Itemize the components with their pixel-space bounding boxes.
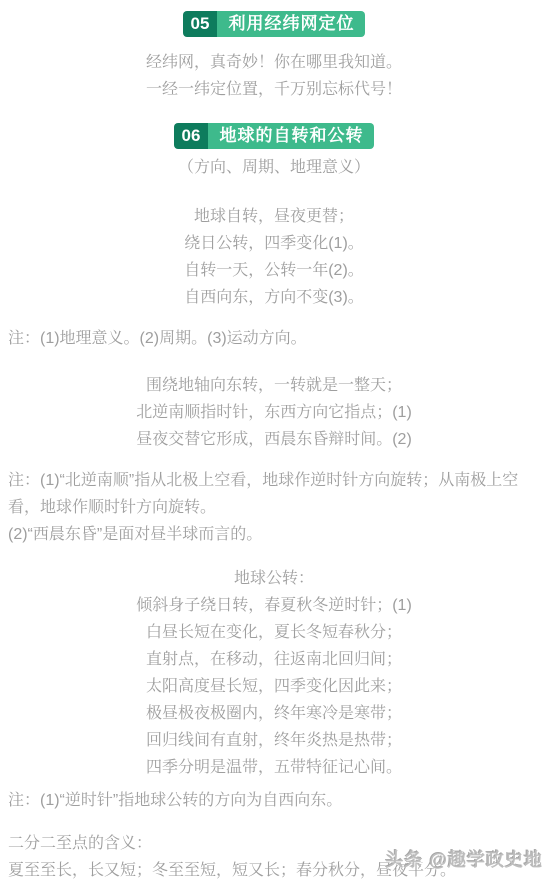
- rotation-revolution-poem: 地球自转，昼夜更替； 绕日公转，四季变化(1)。 自转一天，公转一年(2)。 自…: [0, 203, 548, 311]
- section-06-title: 地球的自转和公转: [208, 123, 374, 149]
- section-05-header: 05 利用经纬网定位: [0, 0, 548, 37]
- poem-line: 地球自转，昼夜更替；: [0, 203, 548, 230]
- section-06-subtitle: （方向、周期、地理意义）: [0, 154, 548, 181]
- poem-line: 昼夜交替它形成，西晨东昏辩时间。(2): [0, 426, 548, 453]
- poem-line: 围绕地轴向东转，一转就是一整天；: [0, 372, 548, 399]
- section-06-number: 06: [174, 123, 209, 149]
- section-06-header: 06 地球的自转和公转: [0, 123, 548, 149]
- poem-heading: 地球公转：: [0, 565, 548, 592]
- note-1: 注：(1)地理意义。(2)周期。(3)运动方向。: [0, 325, 548, 352]
- article-page: 05 利用经纬网定位 经纬网，真奇妙！你在哪里我知道。 一经一纬定位置，千万别忘…: [0, 0, 548, 880]
- note-line: (2)“西晨东昏”是面对昼半球而言的。: [8, 521, 538, 548]
- rotation-poem: 围绕地轴向东转，一转就是一整天； 北逆南顺指时针，东西方向它指点；(1) 昼夜交…: [0, 372, 548, 453]
- section-05-number: 05: [183, 11, 218, 37]
- watermark-toutiao: 头条 @趣学政史地: [385, 847, 543, 874]
- poem-line: 直射点，在移动，往返南北回归间；: [0, 646, 548, 673]
- revolution-poem: 地球公转： 倾斜身子绕日转，春夏秋冬逆时针；(1) 白昼长短在变化，夏长冬短春秋…: [0, 565, 548, 781]
- poem-line: 北逆南顺指时针，东西方向它指点；(1): [0, 399, 548, 426]
- note-2: 注：(1)“北逆南顺”指从北极上空看，地球作逆时针方向旋转；从南极上空看，地球作…: [0, 467, 548, 548]
- poem-line: 倾斜身子绕日转，春夏秋冬逆时针；(1): [0, 592, 548, 619]
- poem-line: 自西向东，方向不变(3)。: [0, 284, 548, 311]
- note-line: 注：(1)“北逆南顺”指从北极上空看，地球作逆时针方向旋转；从南极上空看，地球作…: [8, 467, 538, 521]
- note-3: 注：(1)“逆时针”指地球公转的方向为自西向东。: [0, 787, 548, 814]
- poem-line: 绕日公转，四季变化(1)。: [0, 230, 548, 257]
- poem-line: 经纬网，真奇妙！你在哪里我知道。: [0, 49, 548, 76]
- section-05-badge: 05 利用经纬网定位: [183, 11, 366, 37]
- poem-line: 白昼长短在变化，夏长冬短春秋分；: [0, 619, 548, 646]
- poem-line: 四季分明是温带，五带特征记心间。: [0, 754, 548, 781]
- poem-line: 回归线间有直射，终年炎热是热带；: [0, 727, 548, 754]
- poem-line: 极昼极夜极圈内，终年寒冷是寒带；: [0, 700, 548, 727]
- section-05-poem: 经纬网，真奇妙！你在哪里我知道。 一经一纬定位置，千万别忘标代号！: [0, 49, 548, 103]
- poem-line: 太阳高度昼长短，四季变化因此来；: [0, 673, 548, 700]
- section-06-badge: 06 地球的自转和公转: [174, 123, 375, 149]
- poem-line: 自转一天，公转一年(2)。: [0, 257, 548, 284]
- section-05-title: 利用经纬网定位: [217, 11, 365, 37]
- poem-line: 一经一纬定位置，千万别忘标代号！: [0, 76, 548, 103]
